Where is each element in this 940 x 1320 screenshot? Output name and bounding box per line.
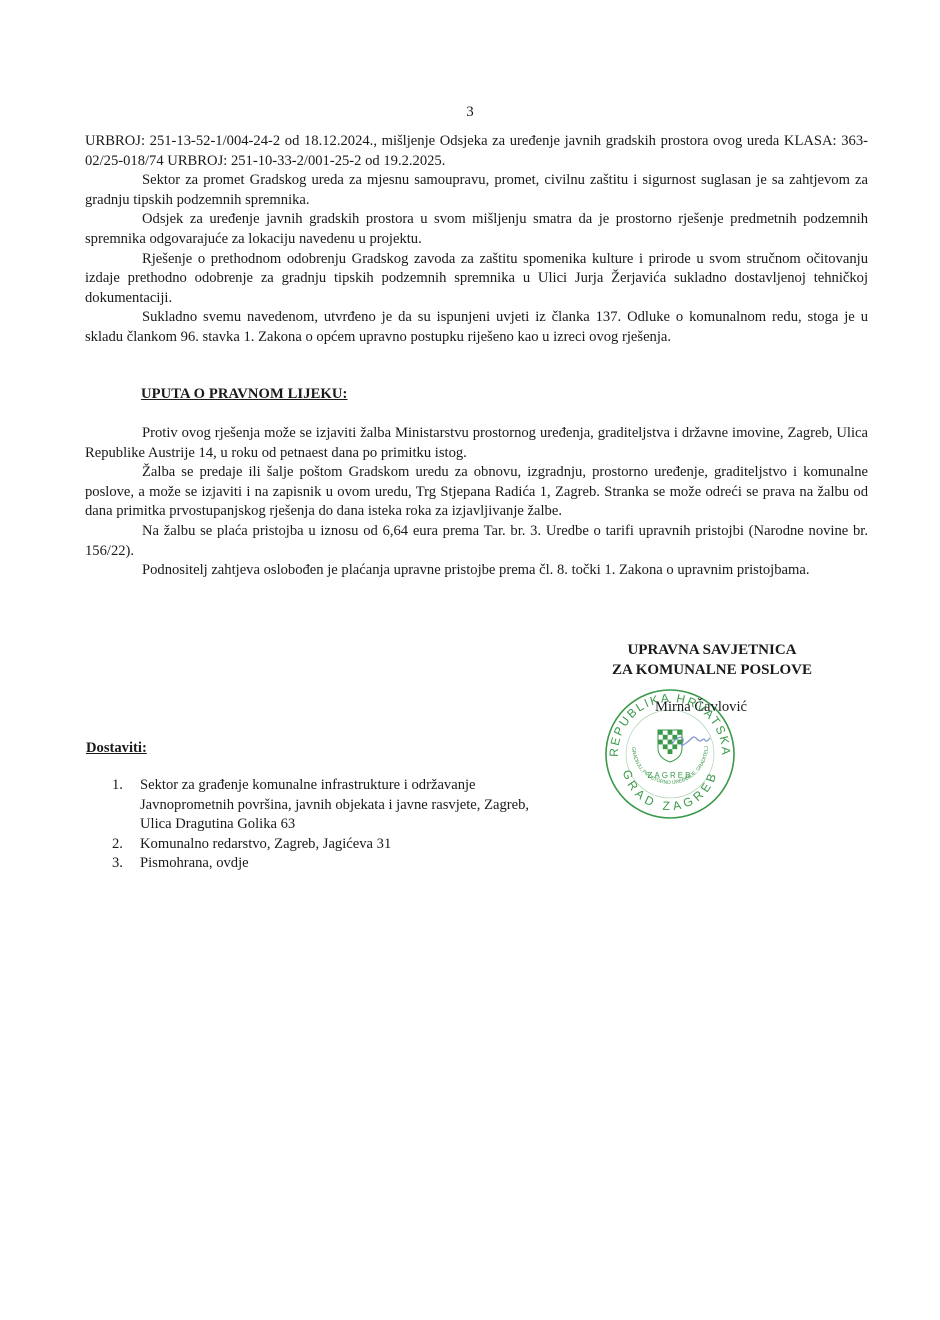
list-item: 3. Pismohrana, ovdje <box>112 854 552 874</box>
signature-title-line1: UPRAVNA SAVJETNICA <box>596 640 828 660</box>
paragraph-conclusion: Sukladno svemu navedenom, utvrđeno je da… <box>85 308 868 347</box>
delivery-list: 1. Sektor za građenje komunalne infrastr… <box>112 776 552 874</box>
legal-remedy-text: Protiv ovog rješenja može se izjaviti ža… <box>85 424 868 581</box>
paragraph-traffic-sector: Sektor za promet Gradskog ureda za mjesn… <box>85 171 868 210</box>
paragraph-references: URBROJ: 251-13-52-1/004-24-2 od 18.12.20… <box>85 132 868 171</box>
signer-name: Mirna Čavlović <box>655 699 747 716</box>
paragraph-appeal-fee: Na žalbu se plaća pristojba u iznosu od … <box>85 522 868 561</box>
paragraph-fee-exemption: Podnositelj zahtjeva oslobođen je plaćan… <box>85 561 868 581</box>
coat-of-arms-icon <box>658 730 682 762</box>
paragraph-heritage-approval: Rješenje o prethodnom odobrenju Gradskog… <box>85 250 868 309</box>
list-item: 2. Komunalno redarstvo, Zagreb, Jagićeva… <box>112 835 552 855</box>
list-item: 1. Sektor za građenje komunalne infrastr… <box>112 776 552 835</box>
svg-text:ZAGREB: ZAGREB <box>648 771 693 780</box>
paragraph-appeal-submission: Žalba se predaje ili šalje poštom Gradsk… <box>85 463 868 522</box>
page-number: 3 <box>0 104 940 121</box>
paragraph-public-spaces: Odsjek za uređenje javnih gradskih prost… <box>85 210 868 249</box>
paragraph-appeal-ministry: Protiv ovog rješenja može se izjaviti ža… <box>85 424 868 463</box>
delivery-heading: Dostaviti: <box>86 740 147 757</box>
list-item-text: Pismohrana, ovdje <box>140 854 552 874</box>
list-item-number: 1. <box>112 776 140 835</box>
signature-title: UPRAVNA SAVJETNICA ZA KOMUNALNE POSLOVE <box>596 640 828 680</box>
signature-title-line2: ZA KOMUNALNE POSLOVE <box>596 660 828 680</box>
list-item-text: Sektor za građenje komunalne infrastrukt… <box>140 776 552 835</box>
list-item-text: Komunalno redarstvo, Zagreb, Jagićeva 31 <box>140 835 552 855</box>
legal-remedy-heading: UPUTA O PRAVNOM LIJEKU: <box>141 386 347 403</box>
decision-reasoning: URBROJ: 251-13-52-1/004-24-2 od 18.12.20… <box>85 132 868 348</box>
list-item-number: 3. <box>112 854 140 874</box>
list-item-number: 2. <box>112 835 140 855</box>
